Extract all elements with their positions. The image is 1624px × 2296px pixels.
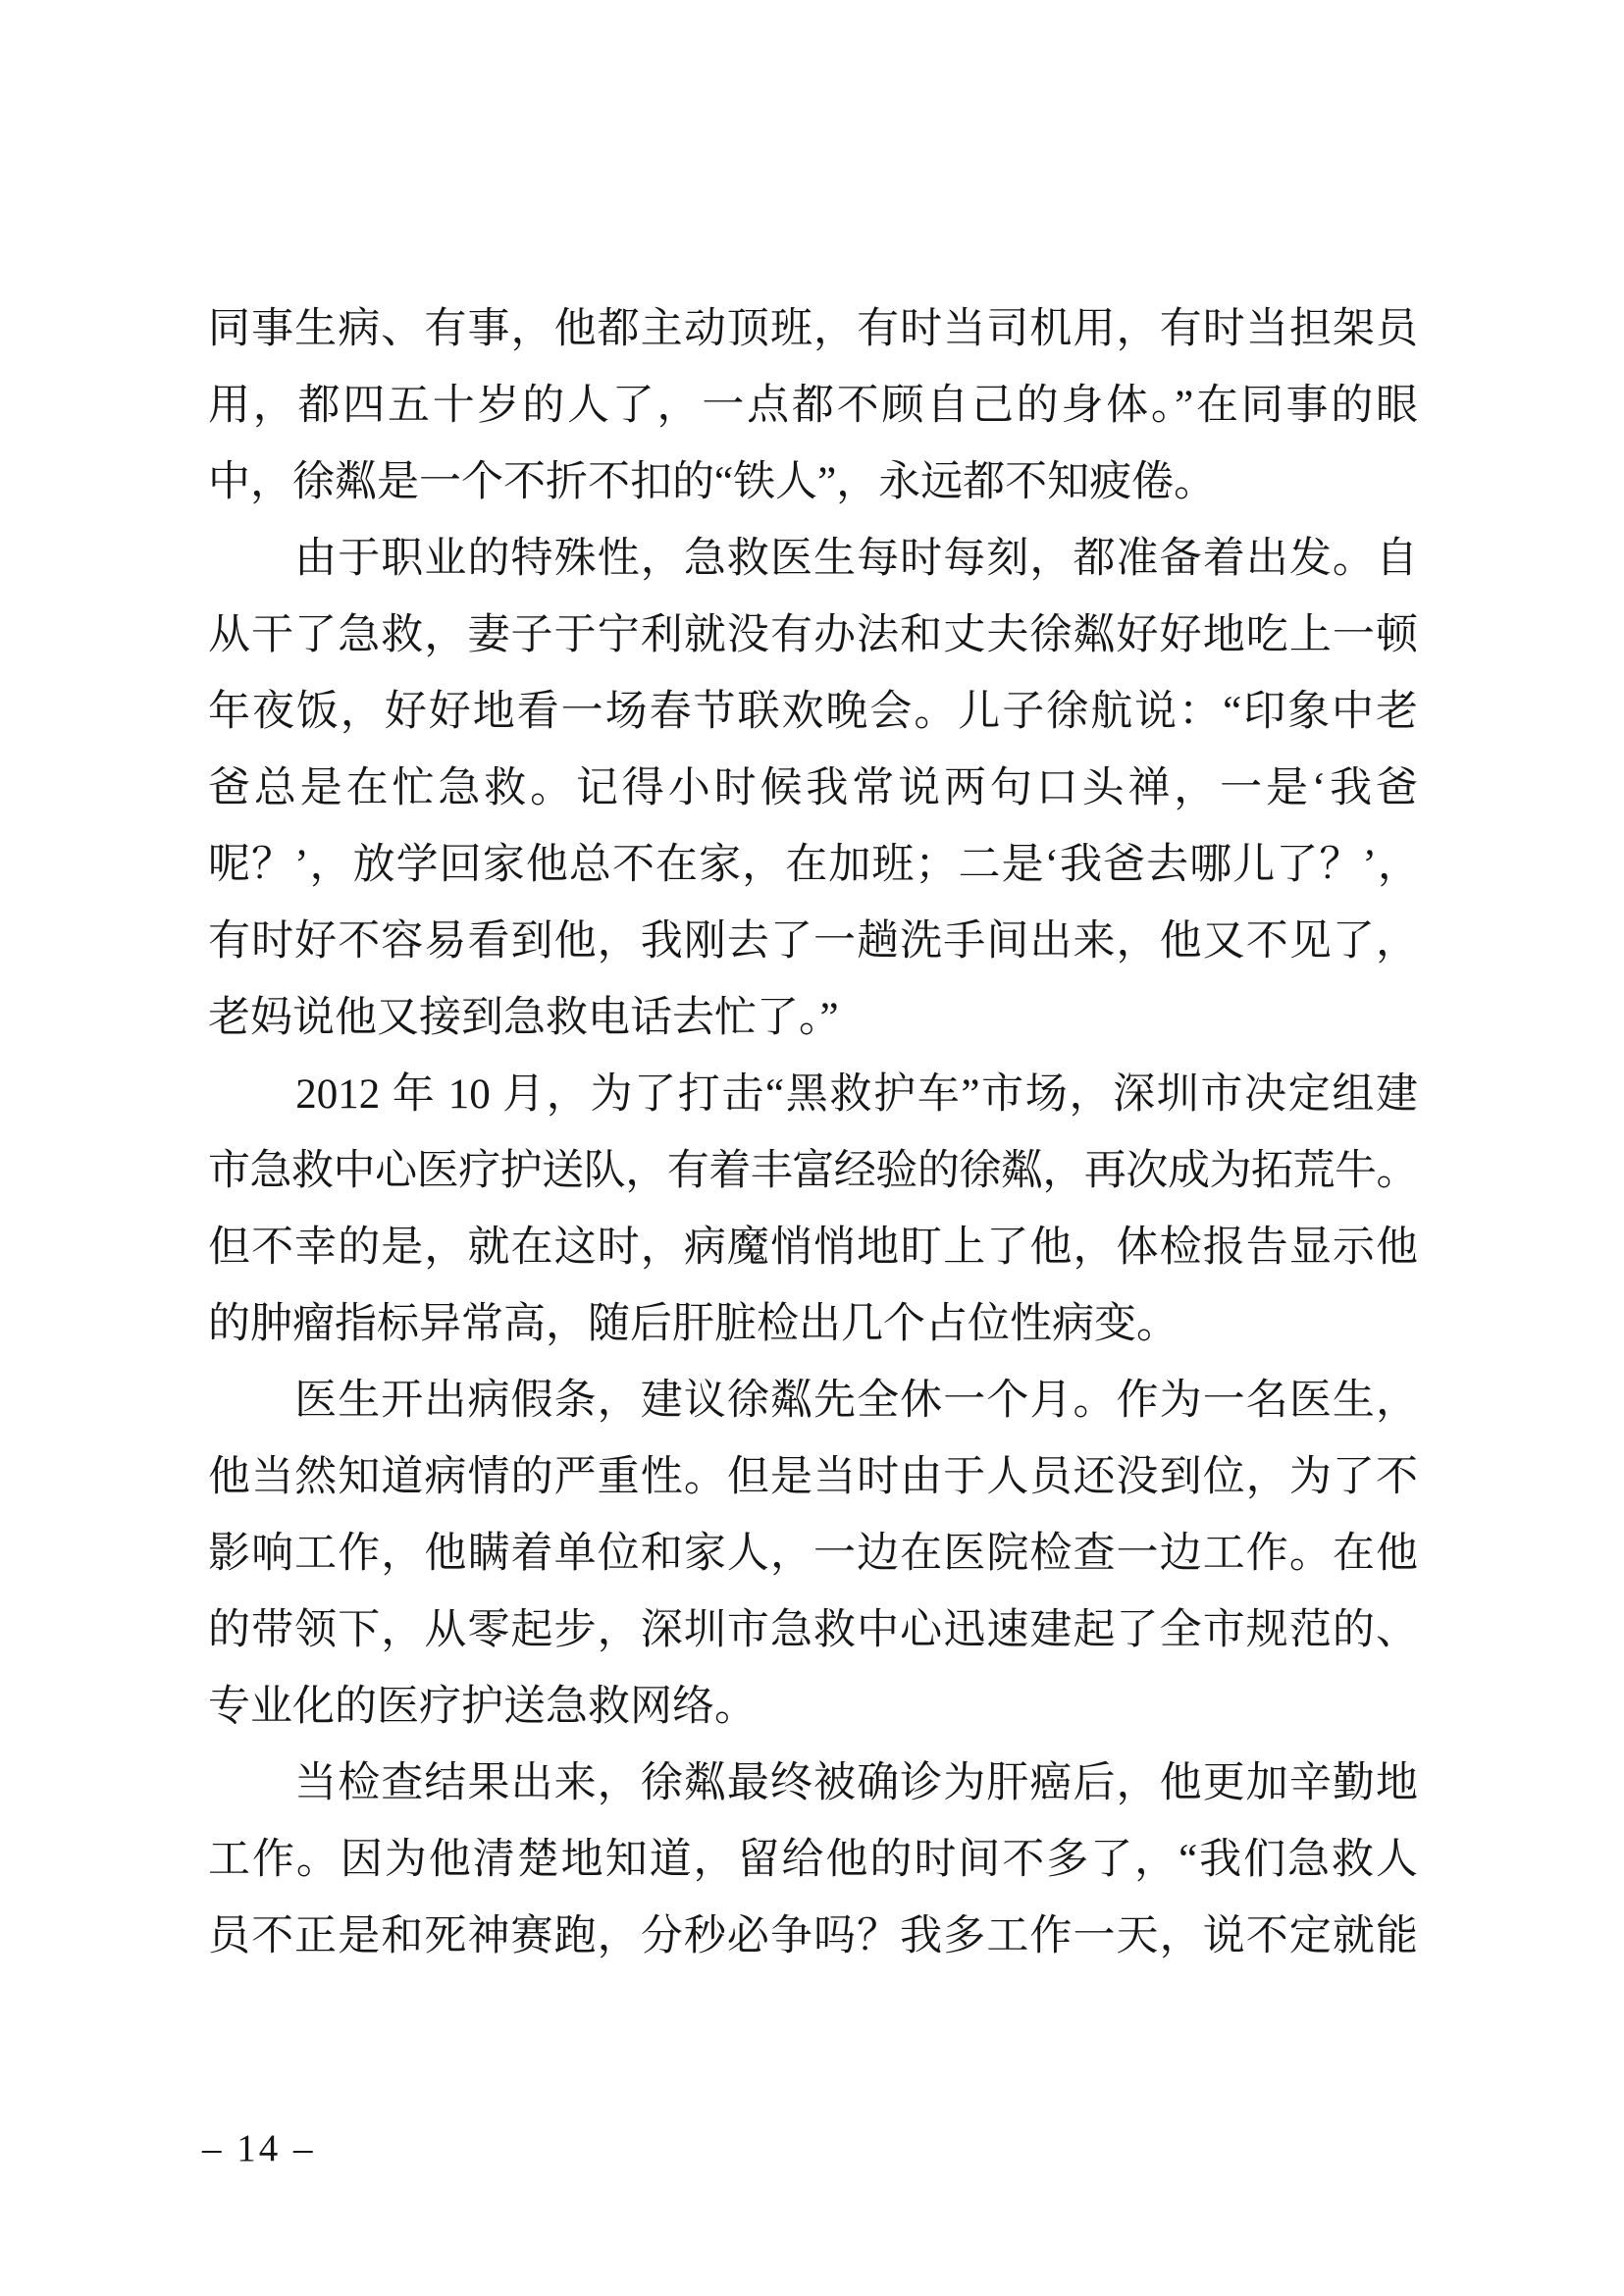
text-line: 年夜饭，好好地看一场春节联欢晚会。儿子徐航说：“印象中老	[208, 674, 1418, 751]
text-line: 影响工作，他瞒着单位和家人，一边在医院检查一边工作。在他	[208, 1516, 1418, 1592]
page-number: – 14 –	[202, 2121, 316, 2176]
body-text: 同事生病、有事，他都主动顶班，有时当司机用，有时当担架员 用，都四五十岁的人了，…	[208, 291, 1418, 1975]
text-line: 中，徐粼是一个不折不扣的“铁人”，永远都不知疲倦。	[208, 444, 1418, 521]
text-line: 但不幸的是，就在这时，病魔悄悄地盯上了他，体检报告显示他	[208, 1210, 1418, 1286]
text-line: 员不正是和死神赛跑，分秒必争吗？我多工作一天，说不定就能	[208, 1899, 1418, 1975]
text-line: 用，都四五十岁的人了，一点都不顾自己的身体。”在同事的眼	[208, 368, 1418, 444]
text-line: 呢？’，放学回家他总不在家，在加班；二是‘我爸去哪儿了？’，	[208, 827, 1418, 904]
text-line: 老妈说他又接到急救电话去忙了。”	[208, 980, 1418, 1057]
text-line: 工作。因为他清楚地知道，留给他的时间不多了，“我们急救人	[208, 1822, 1418, 1899]
text-line: 从干了急救，妻子于宁利就没有办法和丈夫徐粼好好地吃上一顿	[208, 598, 1418, 674]
text-line: 医生开出病假条，建议徐粼先全休一个月。作为一名医生，	[208, 1363, 1418, 1439]
text-line: 2012 年 10 月，为了打击“黑救护车”市场，深圳市决定组建	[208, 1057, 1418, 1133]
text-line: 同事生病、有事，他都主动顶班，有时当司机用，有时当担架员	[208, 291, 1418, 368]
text-line: 专业化的医疗护送急救网络。	[208, 1669, 1418, 1746]
text-line: 的肿瘤指标异常高，随后肝脏检出几个占位性病变。	[208, 1286, 1418, 1363]
text-line: 的带领下，从零起步，深圳市急救中心迅速建起了全市规范的、	[208, 1592, 1418, 1669]
text-line: 有时好不容易看到他，我刚去了一趟洗手间出来，他又不见了，	[208, 904, 1418, 980]
text-line: 当检查结果出来，徐粼最终被确诊为肝癌后，他更加辛勤地	[208, 1746, 1418, 1822]
text-line: 市急救中心医疗护送队，有着丰富经验的徐粼，再次成为拓荒牛。	[208, 1133, 1418, 1210]
text-line: 由于职业的特殊性，急救医生每时每刻，都准备着出发。自	[208, 521, 1418, 598]
text-line: 他当然知道病情的严重性。但是当时由于人员还没到位，为了不	[208, 1439, 1418, 1516]
document-page: 同事生病、有事，他都主动顶班，有时当司机用，有时当担架员 用，都四五十岁的人了，…	[0, 0, 1624, 2296]
text-line: 爸总是在忙急救。记得小时候我常说两句口头禅，一是‘我爸	[208, 751, 1418, 827]
